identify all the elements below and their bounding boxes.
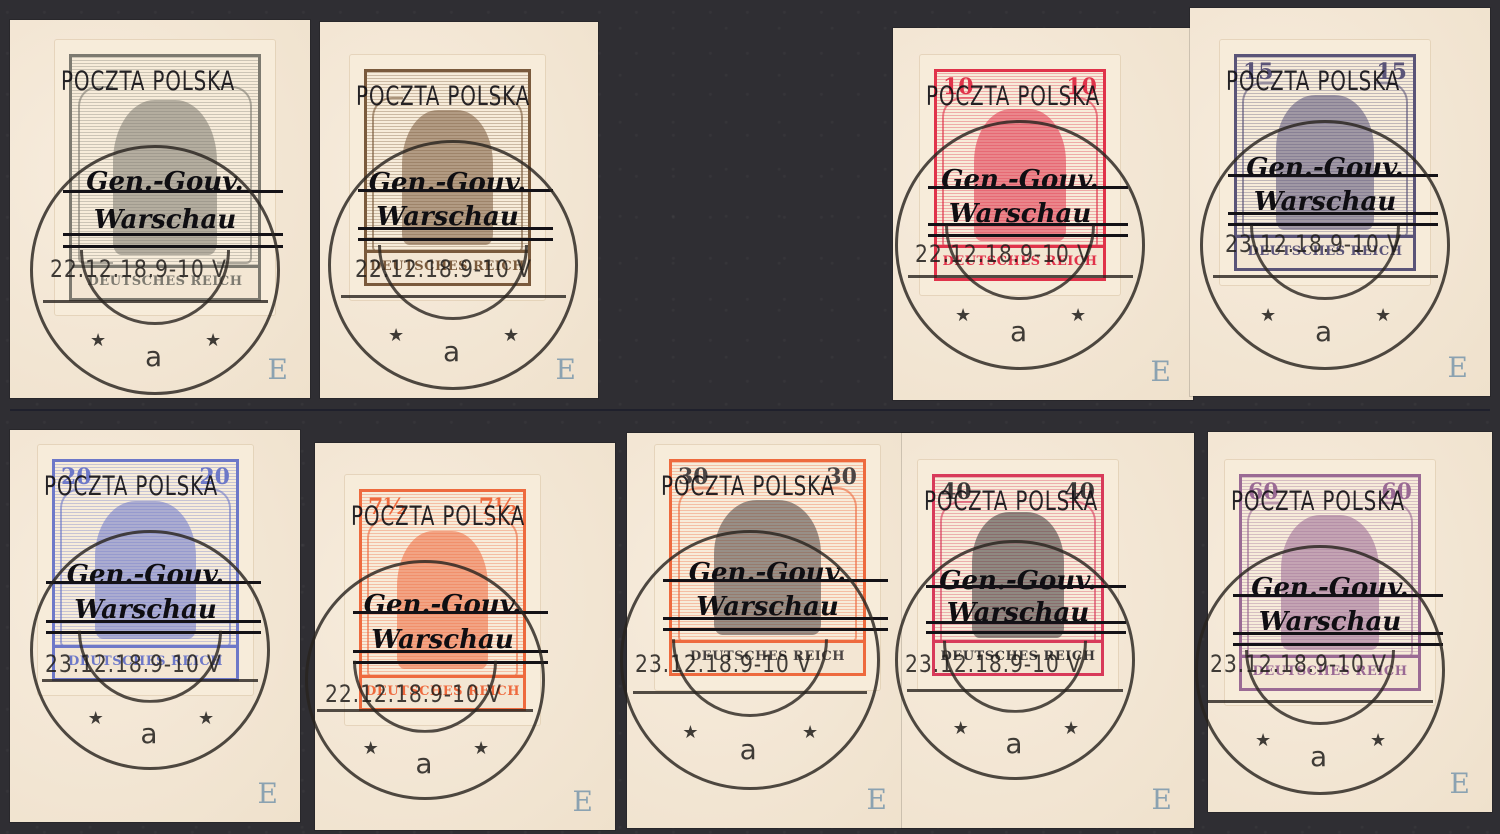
stamp-piece[interactable]: E6060DEUTSCHES REICHPOCZTA POLSKAGen.-Go… bbox=[1208, 432, 1492, 812]
expert-mark-e: E bbox=[268, 353, 288, 386]
expert-mark-e: E bbox=[1448, 351, 1468, 384]
overprint-poczta-polska: POCZTA POLSKA bbox=[926, 81, 1085, 112]
stamp-piece[interactable]: E3030DEUTSCHES REICHPOCZTA POLSKAGen.-Go… bbox=[627, 433, 909, 828]
stamp-piece[interactable]: E7½7½DEUTSCHES REICHPOCZTA POLSKAGen.-Go… bbox=[315, 443, 615, 830]
stamp-piece[interactable]: E4040DEUTSCHES REICHPOCZTA POLSKAGen.-Go… bbox=[902, 433, 1194, 828]
postmark-bar bbox=[1208, 700, 1433, 703]
postmark-date: 23.12.18.9-10 V bbox=[45, 650, 222, 678]
postmark-star-left: ★ bbox=[1260, 305, 1276, 326]
postmark-date: 22.12.18.9-10 V bbox=[325, 680, 502, 708]
postmark-star-right: ★ bbox=[205, 330, 221, 351]
postmark-letter: a bbox=[140, 717, 157, 750]
postmark-star-left: ★ bbox=[90, 330, 106, 351]
postmark-bar bbox=[907, 689, 1123, 692]
postmark-star-right: ★ bbox=[1375, 305, 1391, 326]
postmark-star-right: ★ bbox=[1063, 718, 1079, 739]
expert-mark-e: E bbox=[1152, 783, 1172, 816]
postmark-bar bbox=[43, 300, 268, 303]
postmark-star-right: ★ bbox=[1070, 305, 1086, 326]
overprint-poczta-polska: POCZTA POLSKA bbox=[351, 501, 506, 532]
expert-mark-e: E bbox=[1450, 767, 1470, 800]
overprint-poczta-polska: POCZTA POLSKA bbox=[661, 471, 841, 502]
postmark-letter: a bbox=[443, 335, 460, 368]
postmark-star-right: ★ bbox=[1370, 730, 1386, 751]
postmark-date: 23.12.18.9-10 V bbox=[1225, 230, 1402, 258]
postmark-date: 23.12.18.9-10 V bbox=[905, 650, 1082, 678]
album-strip-line bbox=[10, 409, 1490, 411]
postmark-letter: a bbox=[145, 340, 162, 373]
postmark-bar bbox=[1213, 275, 1438, 278]
overprint-poczta-polska: POCZTA POLSKA bbox=[44, 471, 215, 502]
postmark-bar bbox=[42, 679, 258, 682]
postmark-date: 22.12.18.9-10 V bbox=[915, 240, 1092, 268]
overprint-poczta-polska: POCZTA POLSKA bbox=[356, 81, 511, 112]
expert-mark-e: E bbox=[258, 777, 278, 810]
stamp-piece[interactable]: E1515DEUTSCHES REICHPOCZTA POLSKAGen.-Go… bbox=[1190, 8, 1490, 396]
expert-mark-e: E bbox=[556, 353, 576, 386]
postmark-star-right: ★ bbox=[473, 738, 489, 759]
postmark-bar bbox=[633, 691, 867, 694]
postmark-date: 23.12.18.9-10 V bbox=[1210, 650, 1387, 678]
postmark-letter: a bbox=[740, 733, 757, 766]
postmark-star-right: ★ bbox=[802, 722, 818, 743]
postmark-date: 23.12.18.9-10 V bbox=[635, 650, 812, 678]
postmark-star-left: ★ bbox=[363, 738, 379, 759]
postmark-star-right: ★ bbox=[198, 708, 214, 729]
expert-mark-e: E bbox=[1151, 355, 1171, 388]
overprint-poczta-polska: POCZTA POLSKA bbox=[1226, 66, 1393, 97]
postmark-star-left: ★ bbox=[953, 718, 969, 739]
postmark-star-left: ★ bbox=[955, 305, 971, 326]
postmark-bar bbox=[341, 295, 566, 298]
postmark-letter: a bbox=[1315, 315, 1332, 348]
overprint-poczta-polska: POCZTA POLSKA bbox=[924, 486, 1083, 517]
expert-mark-e: E bbox=[573, 785, 593, 818]
postmark-star-right: ★ bbox=[503, 325, 519, 346]
postmark-date: 22.12.18.9-10 V bbox=[50, 255, 227, 283]
stamp-piece[interactable]: EDEUTSCHES REICHPOCZTA POLSKAGen.-Gouv.W… bbox=[320, 22, 598, 398]
stamp-piece[interactable]: EDEUTSCHES REICHPOCZTA POLSKAGen.-Gouv.W… bbox=[10, 20, 310, 398]
postmark-letter: a bbox=[415, 747, 432, 780]
postmark-bar bbox=[908, 275, 1133, 278]
overprint-poczta-polska: POCZTA POLSKA bbox=[61, 66, 236, 97]
postmark-star-left: ★ bbox=[1255, 730, 1271, 751]
postmark-letter: a bbox=[1005, 727, 1022, 760]
stamp-piece[interactable]: E2020DEUTSCHES REICHPOCZTA POLSKAGen.-Go… bbox=[10, 430, 300, 822]
postmark-letter: a bbox=[1310, 740, 1327, 773]
overprint-poczta-polska: POCZTA POLSKA bbox=[1231, 486, 1398, 517]
postmark-bar bbox=[317, 709, 533, 712]
postmark-date: 22.12.18.9-10 V bbox=[355, 255, 532, 283]
stamp-piece[interactable]: E1010DEUTSCHES REICHPOCZTA POLSKAGen.-Go… bbox=[893, 28, 1193, 400]
postmark-letter: a bbox=[1010, 315, 1027, 348]
postmark-star-left: ★ bbox=[388, 325, 404, 346]
expert-mark-e: E bbox=[867, 783, 887, 816]
postmark-star-left: ★ bbox=[88, 708, 104, 729]
postmark-star-left: ★ bbox=[682, 722, 698, 743]
